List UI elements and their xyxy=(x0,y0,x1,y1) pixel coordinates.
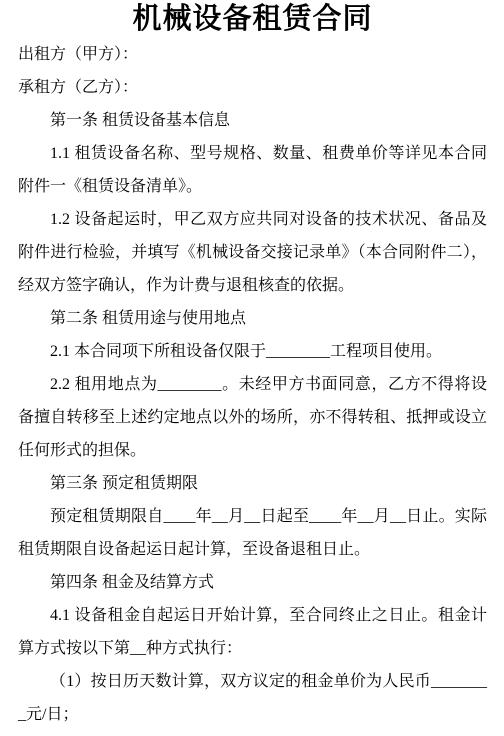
para-clause4-1: 4.1 设备租金自起运日开始计算，至合同终止之日止。租金计算方式按以下第__种方… xyxy=(18,599,487,665)
para-clause2-heading: 第二条 租赁用途与使用地点 xyxy=(18,302,487,335)
para-clause3-heading: 第三条 预定租赁期限 xyxy=(18,467,487,500)
para-clause4-option1: （1）按日历天数计算，双方议定的租金单价为人民币________元/日； xyxy=(18,665,487,731)
para-clause1-2: 1.2 设备起运时，甲乙双方应共同对设备的技术状况、备品及附件进行检验，并填写《… xyxy=(18,203,487,302)
document-title: 机械设备租赁合同 xyxy=(18,0,487,38)
para-clause2-2: 2.2 租用地点为________。未经甲方书面同意，乙方不得将设备擅自转移至上… xyxy=(18,368,487,467)
para-party-b: 承租方（乙方）： xyxy=(18,71,487,104)
para-clause4-heading: 第四条 租金及结算方式 xyxy=(18,566,487,599)
para-party-a: 出租方（甲方）： xyxy=(18,38,487,71)
para-clause1-heading: 第一条 租赁设备基本信息 xyxy=(18,104,487,137)
para-clause3-body: 预定租赁期限自____年__月__日起至____年__月__日止。实际租赁期限自… xyxy=(18,500,487,566)
para-clause1-1: 1.1 租赁设备名称、型号规格、数量、租费单价等详见本合同附件一《租赁设备清单》… xyxy=(18,137,487,203)
para-clause2-1: 2.1 本合同项下所租设备仅限于________工程项目使用。 xyxy=(18,335,487,368)
contract-document: 机械设备租赁合同 出租方（甲方）： 承租方（乙方）： 第一条 租赁设备基本信息 … xyxy=(0,0,504,736)
